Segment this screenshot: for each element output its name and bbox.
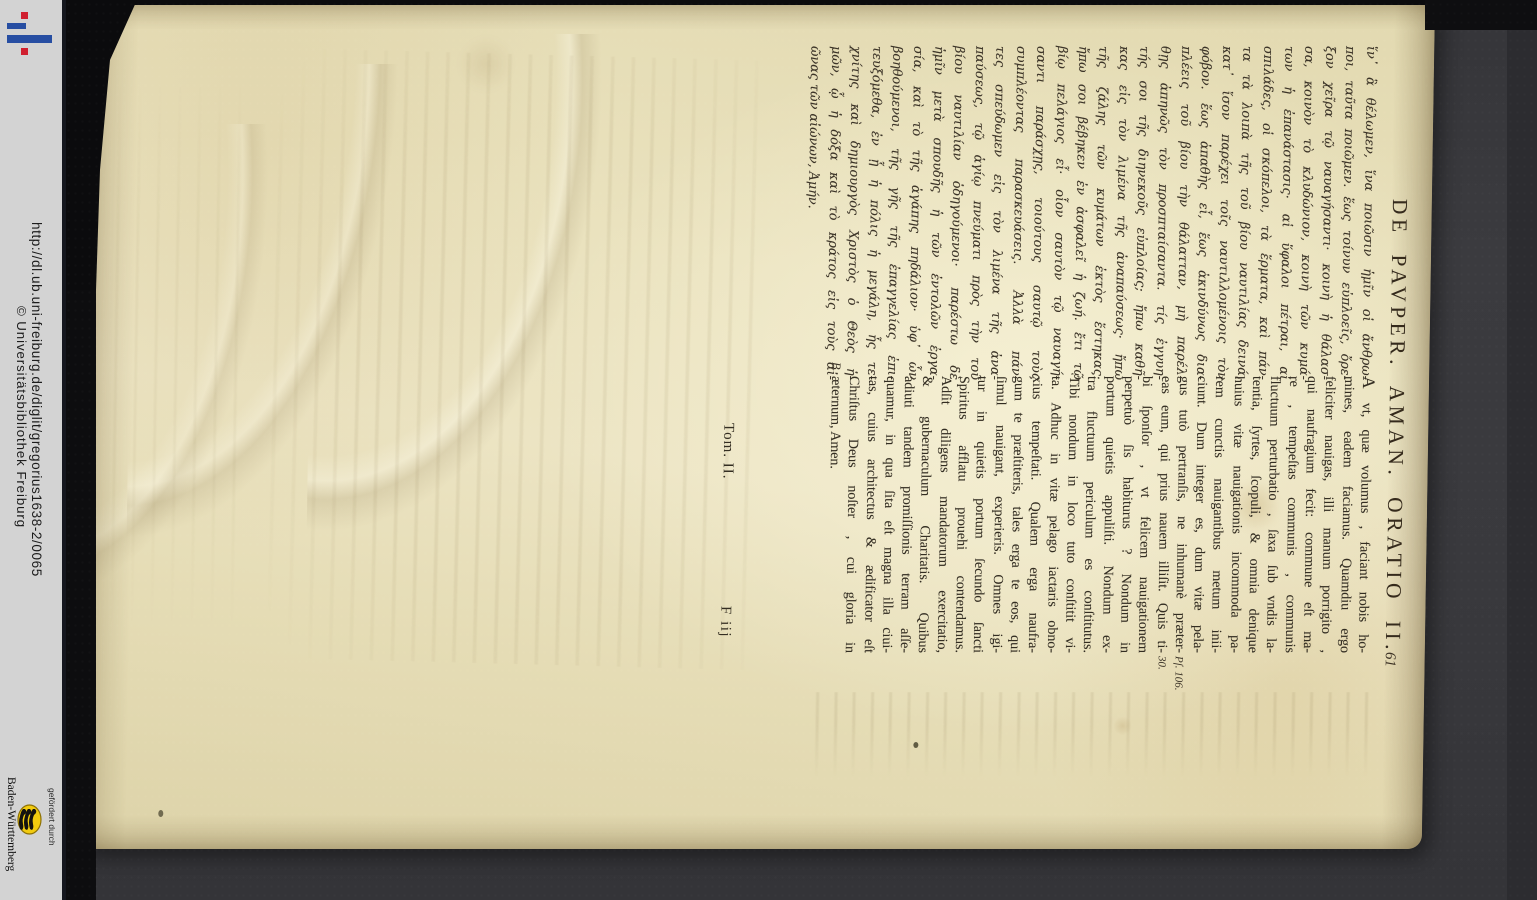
logo-blue-bar-long bbox=[7, 35, 52, 43]
volume-label: Tom. II. bbox=[719, 423, 737, 480]
margin-note-line: Pſ. 106. bbox=[1169, 656, 1187, 691]
source-url-watermark: http://dl.ub.uni-freiburg.de/diglit/greg… bbox=[29, 222, 44, 577]
stain bbox=[158, 810, 163, 817]
logo-red-block-bottom bbox=[21, 48, 28, 55]
page-crease bbox=[84, 124, 353, 724]
stain bbox=[1114, 716, 1132, 736]
copyright-watermark: © Universitätsbibliothek Freiburg bbox=[14, 306, 29, 528]
sidebar-divider bbox=[62, 0, 66, 900]
funding-note-label: gefördert durch bbox=[47, 788, 57, 846]
logo-red-block-top bbox=[21, 12, 28, 19]
ghost-text-showthrough bbox=[105, 74, 254, 634]
metadata-sidebar: http://dl.ub.uni-freiburg.de/diglit/greg… bbox=[0, 0, 62, 900]
baden-wuerttemberg-arms-icon bbox=[17, 804, 42, 835]
scan-border-top bbox=[65, 0, 1537, 5]
running-header: DE PAVPER. AMAN. ORATIO II. bbox=[1377, 4, 1415, 849]
greek-text-column: ἵν᾽ ἃ θέλωμεν, ἵνα ποιῶσιν ἡμῖν οἱ ἄνθρω… bbox=[798, 46, 1380, 380]
logo-blue-bar-short bbox=[7, 23, 26, 29]
page-number: 61 bbox=[1381, 652, 1398, 667]
text-line: A vt, quæ volumus , faciant nobis ho- bbox=[1352, 376, 1378, 653]
scan-border-top-right bbox=[1425, 0, 1537, 30]
margin-note-line: 30. bbox=[1152, 656, 1170, 691]
ghost-text-showthrough bbox=[808, 692, 1379, 777]
stain bbox=[458, 34, 515, 94]
stain bbox=[913, 742, 918, 748]
margin-scripture-note: Pſ. 106. 30. bbox=[1152, 656, 1187, 691]
book-page: DE PAVPER. AMAN. ORATIO II. 61 ἵν᾽ ἃ θέλ… bbox=[79, 4, 1435, 849]
margin-section-letter: B bbox=[828, 362, 843, 370]
signature-mark: F iij bbox=[716, 606, 734, 638]
ghost-text-showthrough bbox=[257, 47, 772, 670]
funding-region-label: Baden-Württemberg bbox=[5, 777, 17, 871]
scan-photo-area: DE PAVPER. AMAN. ORATIO II. 61 ἵν᾽ ἃ θέλ… bbox=[65, 0, 1537, 900]
background-shade-right bbox=[1507, 0, 1537, 900]
page-crease bbox=[124, 64, 554, 704]
latin-text-column: A vt, quæ volumus , faciant nobis ho-min… bbox=[821, 376, 1378, 653]
digitized-scan-viewer: http://dl.ub.uni-freiburg.de/diglit/greg… bbox=[0, 0, 1537, 900]
